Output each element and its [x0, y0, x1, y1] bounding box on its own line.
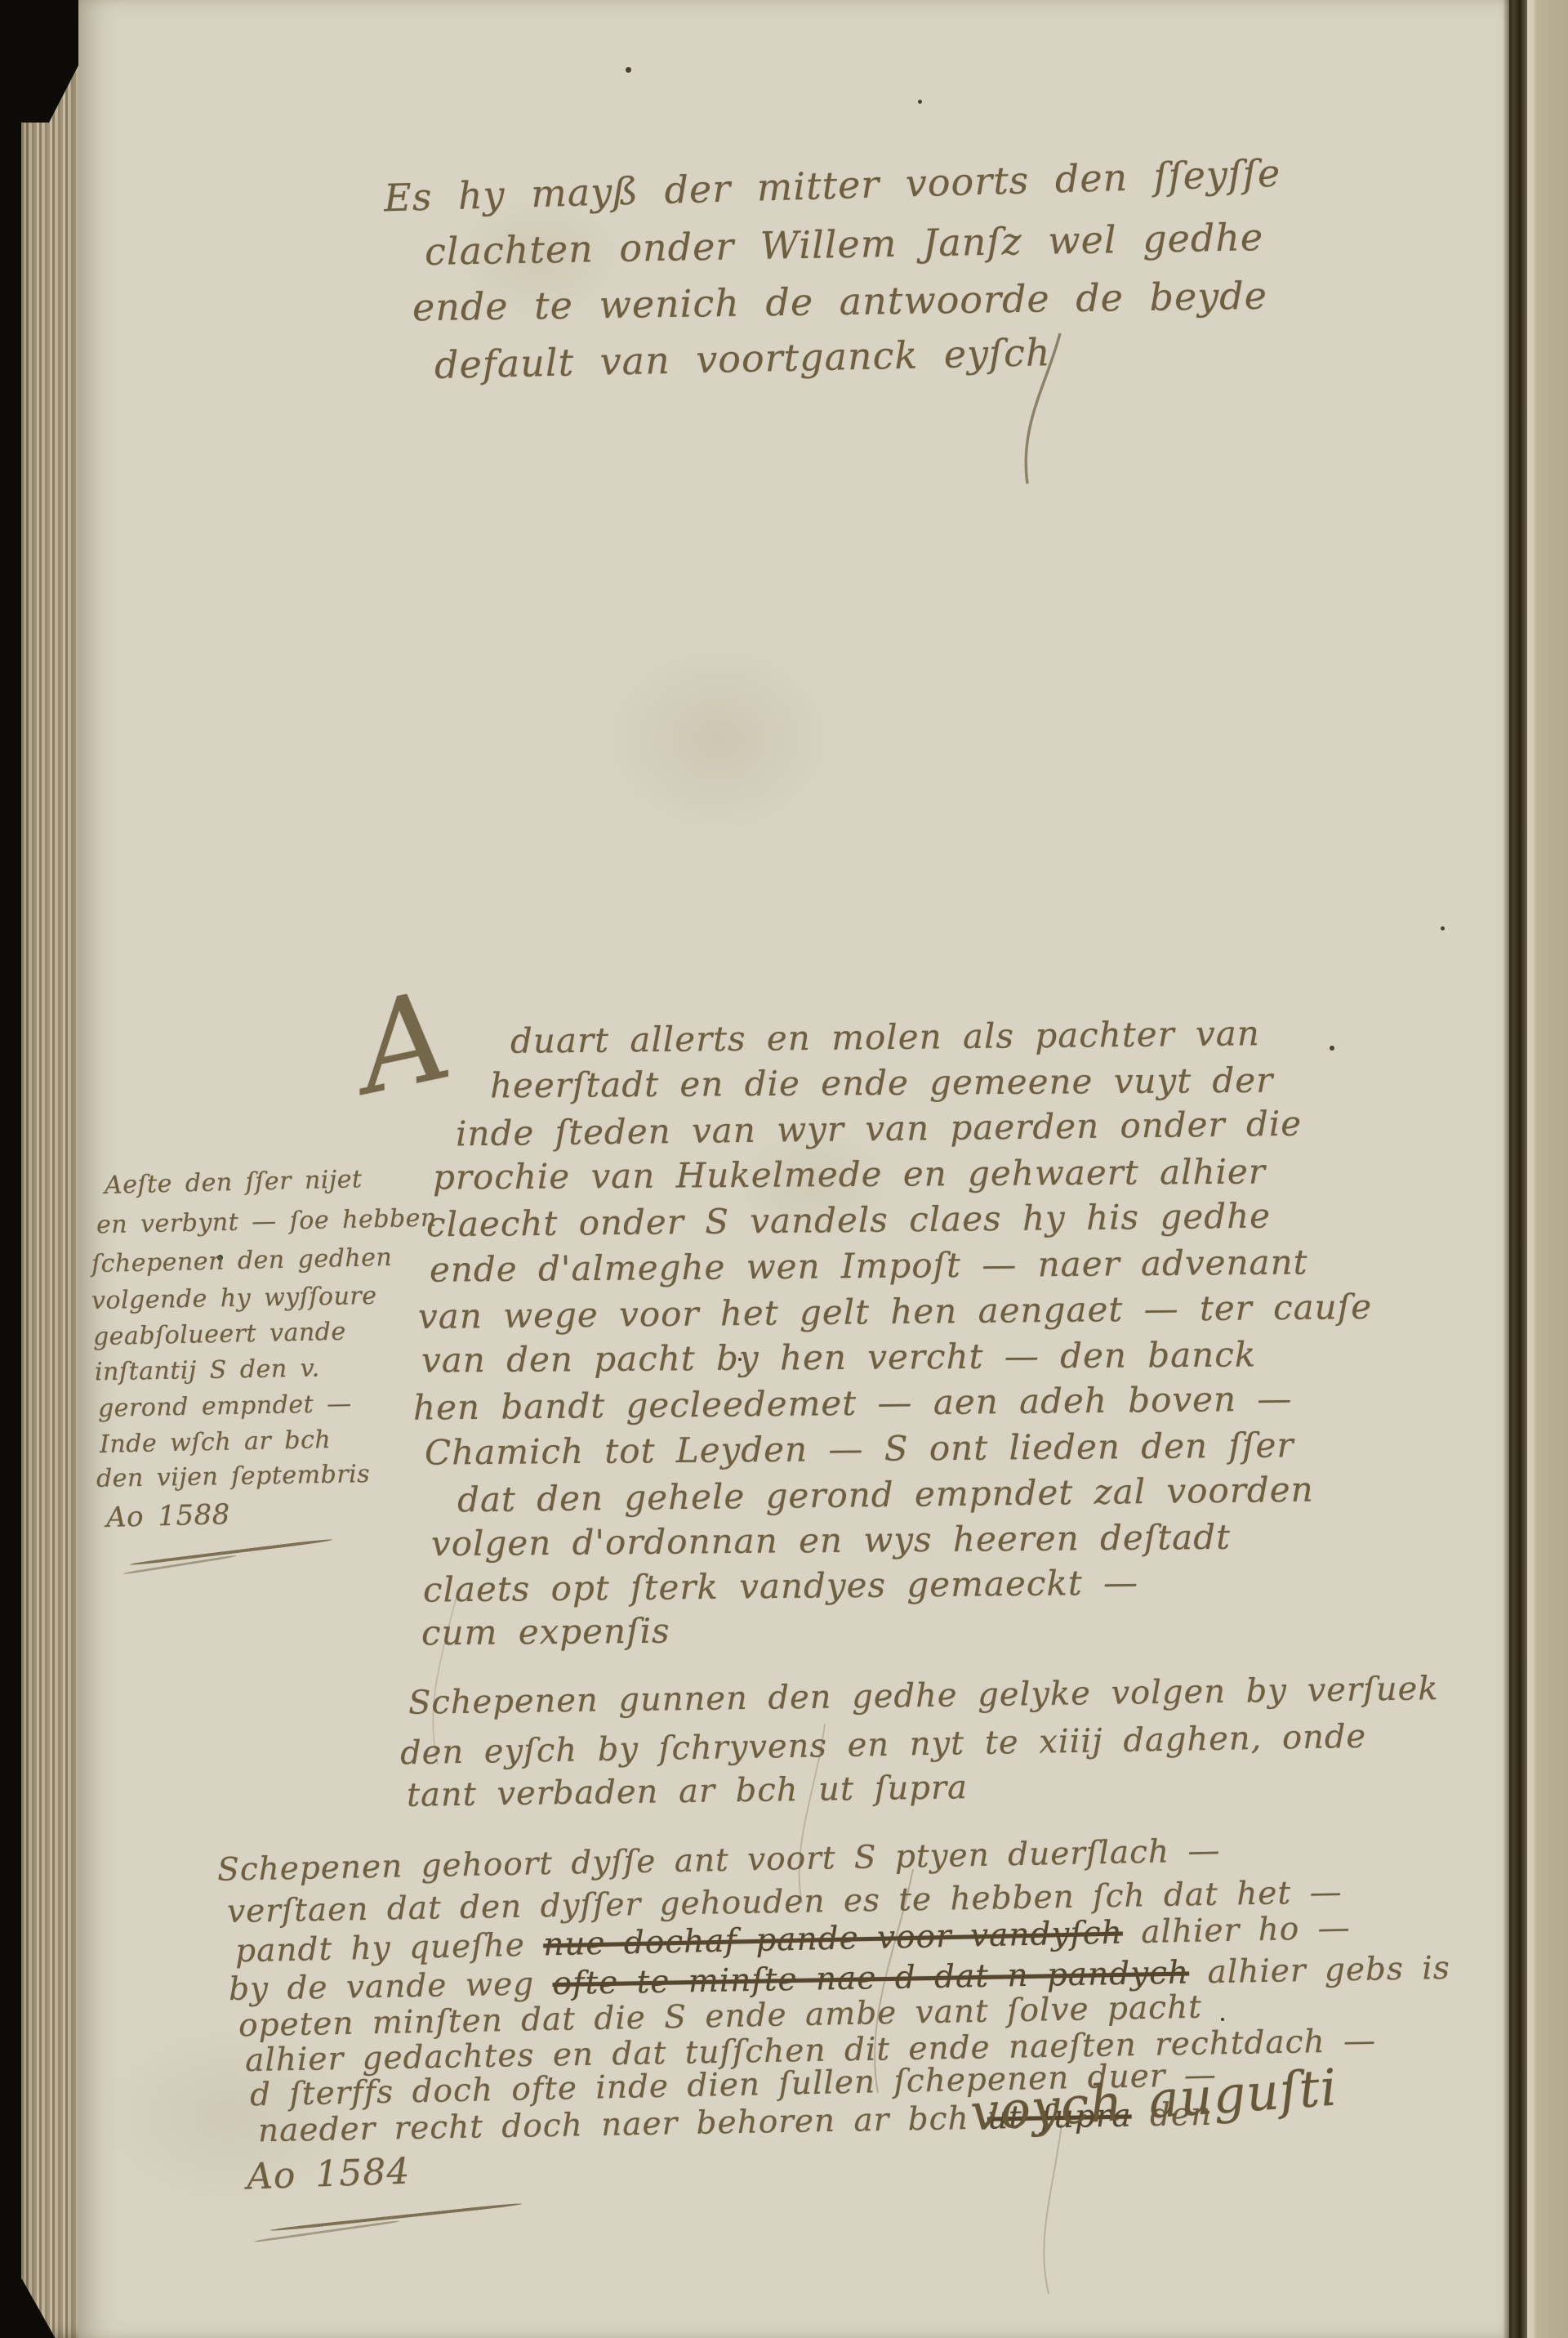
verdict-text: alhier gebs is	[1189, 1950, 1450, 1992]
margin-note-line: volgende hy wyſſoure	[91, 1282, 377, 1315]
margin-note-date: Ao 1588	[106, 1498, 231, 1534]
manuscript-scan: Es hy mayß der mitter voorts den ſſeyſſe…	[0, 0, 1568, 2338]
body-line: duart allerts en molen als pachter van	[510, 1013, 1260, 1061]
body-line: claets opt ſterk vandyes gemaeckt —	[423, 1562, 1139, 1609]
book-page-edges	[21, 0, 85, 2338]
ink-speck	[1330, 1046, 1334, 1051]
ink-speck	[1221, 2018, 1224, 2021]
page-gutter-shadow	[1503, 0, 1527, 2338]
margin-note-line: inſtantij S den v.	[95, 1354, 320, 1387]
body-line: cum expenſis	[421, 1611, 670, 1653]
margin-note-line: Inde wſch ar bch	[100, 1426, 332, 1459]
body-line: tant verbaden ar bch ut ſupra	[407, 1769, 969, 1814]
margin-note-line: den vijen ſeptembris	[96, 1460, 371, 1493]
body-line: prochie van Hukelmede en gehwaert alhier	[433, 1151, 1266, 1197]
margin-note-line: geabſolueert vande	[93, 1318, 346, 1351]
ink-speck	[1441, 926, 1445, 930]
body-line: van den pacht by hen vercht — den banck	[421, 1334, 1257, 1380]
body-line: heerſtadt en die ende gemeene vuyt der	[490, 1060, 1274, 1106]
verdict-text: alhier ho —	[1122, 1910, 1351, 1952]
verdict-text: pandt hy queſhe	[235, 1926, 544, 1970]
margin-note-line: gerond empndet —	[98, 1390, 352, 1423]
ink-speck	[918, 100, 922, 104]
body-line: volgen d'ordonnan en wys heeren deſtadt	[431, 1517, 1231, 1564]
bottom-date: Ao 1584	[246, 2151, 411, 2198]
body-line: ende d'almeghe wen Impoſt — naer advenan…	[430, 1242, 1308, 1289]
adjacent-page-edge	[1527, 0, 1568, 2338]
body-line: Chamich tot Leyden — S ont lieden den ſſ…	[425, 1425, 1294, 1472]
ink-speck	[626, 67, 631, 73]
